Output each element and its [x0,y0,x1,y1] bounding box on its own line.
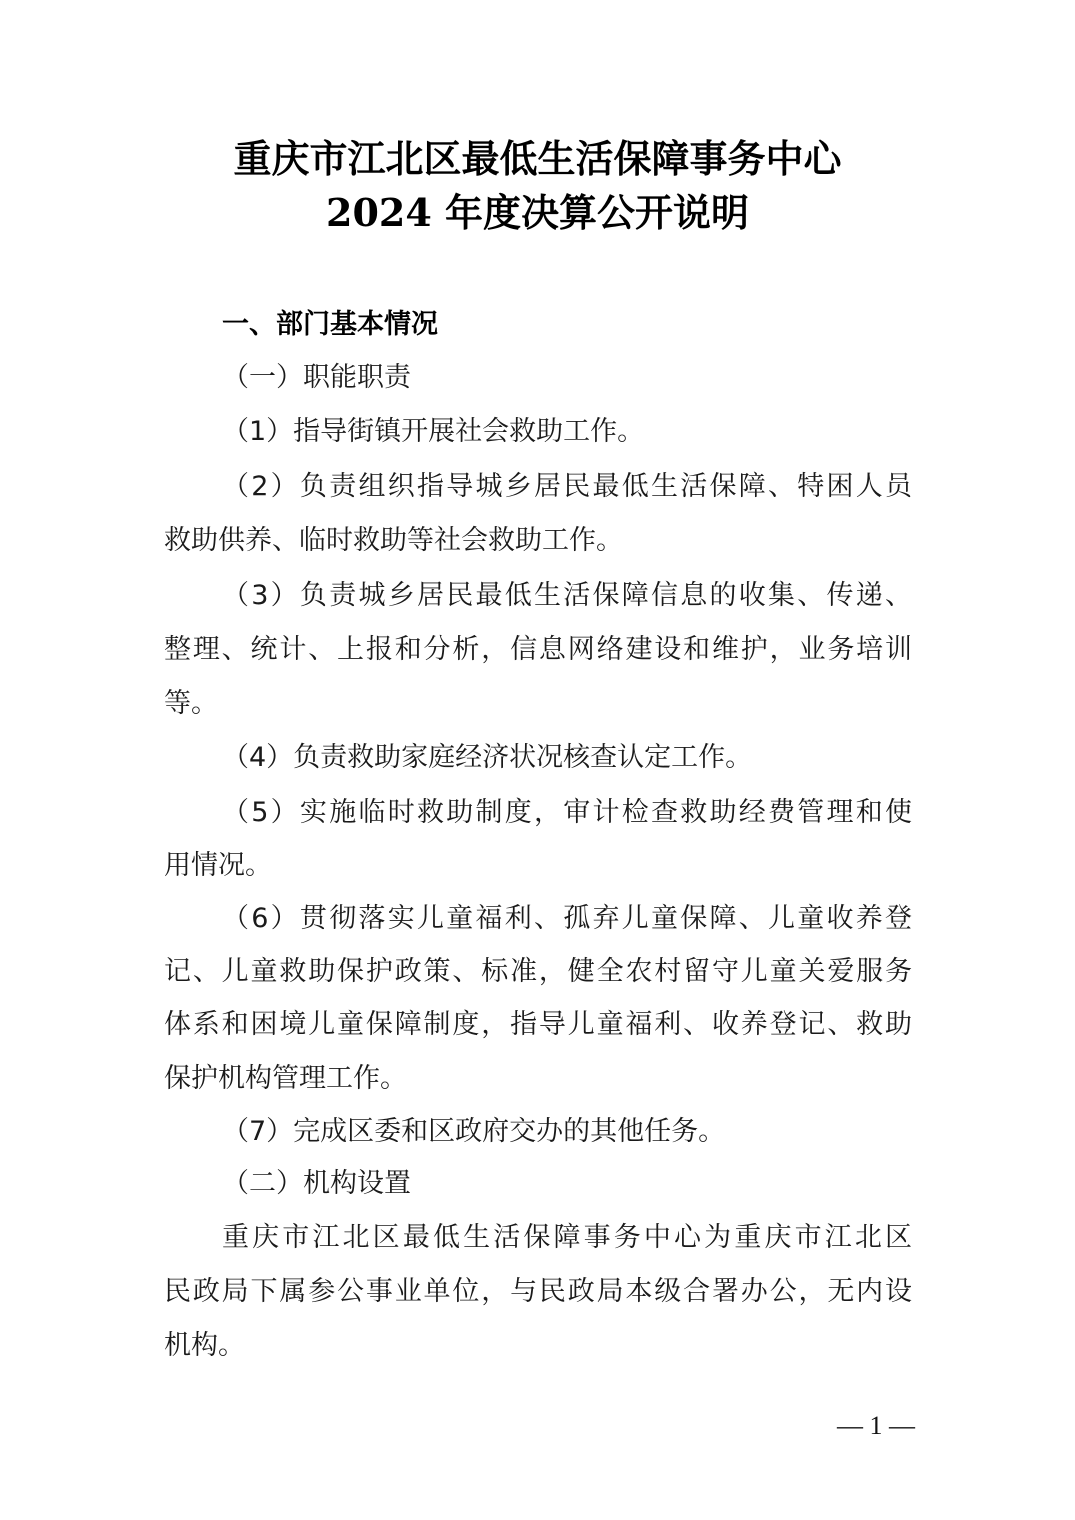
document-title-line2: 2024 年度决算公开说明 [0,188,1075,238]
duty-item-6-line4: 保护机构管理工作。 [164,1059,912,1099]
duty-item-4: （4）负责救助家庭经济状况核查认定工作。 [222,738,912,778]
structure-paragraph-line3: 机构。 [164,1326,912,1366]
duty-item-7: （7）完成区委和区政府交办的其他任务。 [222,1112,912,1152]
duty-item-6-line2: 记、儿童救助保护政策、标准，健全农村留守儿童关爱服务 [164,952,912,992]
duty-item-3-line1: （3）负责城乡居民最低生活保障信息的收集、传递、 [222,576,912,616]
document-page: 重庆市江北区最低生活保障事务中心 2024 年度决算公开说明 一、部门基本情况 … [0,0,1075,1520]
document-title-line1: 重庆市江北区最低生活保障事务中心 [0,134,1075,184]
duty-item-5-line2: 用情况。 [164,846,912,886]
duty-item-3-line2: 整理、统计、上报和分析，信息网络建设和维护，业务培训 [164,630,912,670]
section-heading-basic-info: 一、部门基本情况 [222,305,912,345]
subsection-heading-functions: （一）职能职责 [222,358,912,398]
duty-item-2-line2: 救助供养、临时救助等社会救助工作。 [164,521,912,561]
duty-item-2-line1: （2）负责组织指导城乡居民最低生活保障、特困人员 [222,467,912,507]
subsection-heading-structure: （二）机构设置 [222,1164,912,1204]
duty-item-1: （1）指导街镇开展社会救助工作。 [222,412,912,452]
page-number: — 1 — [820,1408,915,1444]
duty-item-3-line3: 等。 [164,684,912,724]
duty-item-6-line3: 体系和困境儿童保障制度，指导儿童福利、收养登记、救助 [164,1005,912,1045]
structure-paragraph-line1: 重庆市江北区最低生活保障事务中心为重庆市江北区 [222,1218,912,1258]
duty-item-5-line1: （5）实施临时救助制度，审计检查救助经费管理和使 [222,793,912,833]
duty-item-6-line1: （6）贯彻落实儿童福利、孤弃儿童保障、儿童收养登 [222,899,912,939]
structure-paragraph-line2: 民政局下属参公事业单位，与民政局本级合署办公，无内设 [164,1272,912,1312]
